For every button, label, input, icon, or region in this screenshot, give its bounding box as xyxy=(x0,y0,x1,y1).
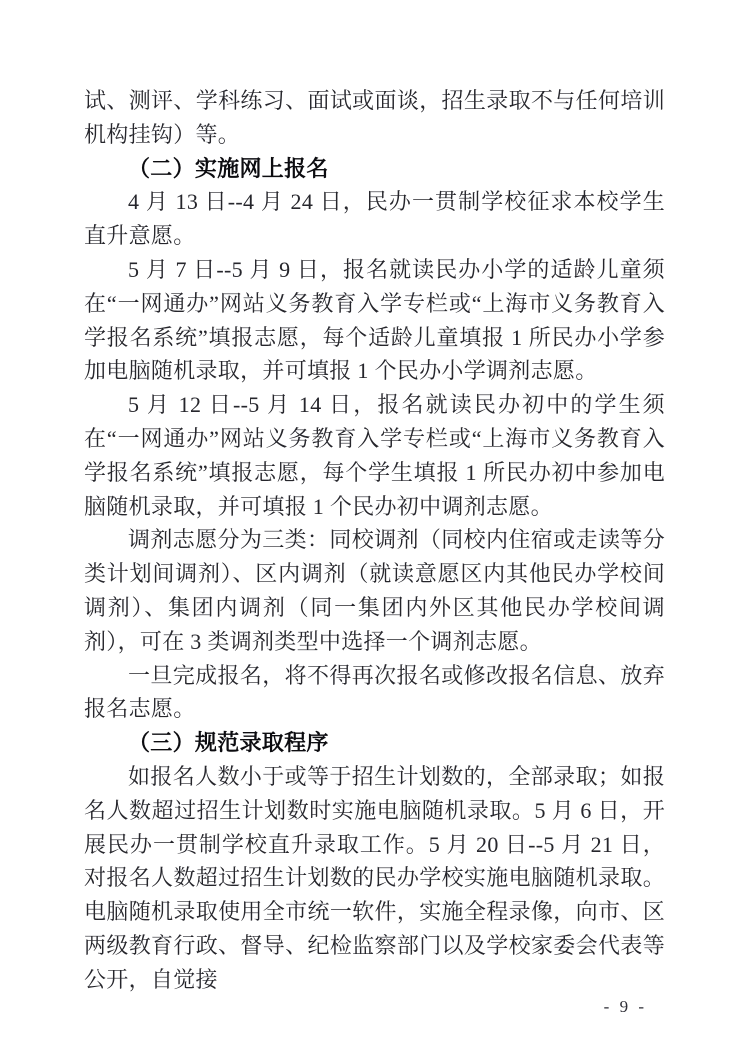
paragraph-lottery-admission-process: 如报名人数小于或等于招生计划数的，全部录取；如报名人数超过招生计划数时实施电脑随… xyxy=(84,760,665,997)
section-heading-online-registration: （二）实施网上报名 xyxy=(84,152,665,186)
paragraph-april-direct-promotion: 4 月 13 日--4 月 24 日，民办一贯制学校征求本校学生直升意愿。 xyxy=(84,185,665,253)
section-heading-admission-procedure: （三）规范录取程序 xyxy=(84,726,665,760)
paragraph-may-junior-high-registration: 5 月 12 日--5 月 14 日，报名就读民办初中的学生须在“一网通办”网站… xyxy=(84,388,665,523)
paragraph-may-primary-school-registration: 5 月 7 日--5 月 9 日，报名就读民办小学的适龄儿童须在“一网通办”网站… xyxy=(84,253,665,388)
paragraph-transfer-preference-types: 调剂志愿分为三类：同校调剂（同校内住宿或走读等分类计划间调剂）、区内调剂（就读意… xyxy=(84,523,665,658)
document-body: 试、测评、学科练习、面试或面谈，招生录取不与任何培训机构挂钩）等。 （二）实施网… xyxy=(84,84,665,997)
page-footer: - 9 - xyxy=(604,997,647,1017)
paragraph-registration-finality: 一旦完成报名，将不得再次报名或修改报名信息、放弃报名志愿。 xyxy=(84,659,665,727)
paragraph-training-disclaimer-continuation: 试、测评、学科练习、面试或面谈，招生录取不与任何培训机构挂钩）等。 xyxy=(84,84,665,152)
document-page: 试、测评、学科练习、面试或面谈，招生录取不与任何培训机构挂钩）等。 （二）实施网… xyxy=(0,0,751,1064)
page-number: - 9 - xyxy=(604,997,647,1016)
